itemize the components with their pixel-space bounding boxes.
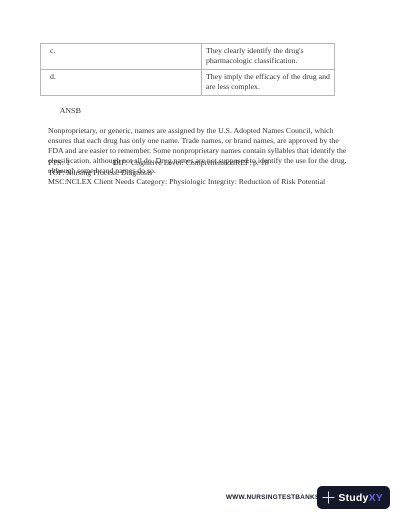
top-label: TOP:	[48, 168, 66, 178]
answer-line: ANS:B	[48, 96, 388, 126]
meta-pts-line: PTS:1DIF:Cognitive Level: ComprehensionR…	[48, 158, 388, 168]
ref-value: p. 18	[253, 158, 269, 167]
table-row: d. They imply the efficacy of the drug a…	[41, 70, 335, 96]
dif-label: DIF:	[113, 158, 131, 168]
document-page: c. They clearly identify the drug's phar…	[0, 0, 400, 518]
plus-sparkle-icon	[322, 491, 335, 504]
brand-badge: StudyXY	[317, 486, 390, 509]
question-meta: PTS:1DIF:Cognitive Level: ComprehensionR…	[48, 158, 388, 187]
option-letter-cell: c.	[41, 44, 202, 70]
table-row: c. They clearly identify the drug's phar…	[41, 44, 335, 70]
option-text-cell: They imply the efficacy of the drug and …	[202, 70, 335, 96]
brand-name-primary: Study	[338, 492, 368, 504]
brand-name-accent: XY	[369, 492, 383, 504]
answer-options-table: c. They clearly identify the drug's phar…	[40, 43, 335, 96]
ref-label: REF:	[235, 158, 253, 168]
msc-value: NCLEX Client Needs Category: Physiologic…	[66, 177, 325, 186]
dif-value: Cognitive Level: Comprehension	[131, 158, 235, 168]
option-letter-cell: d.	[41, 70, 202, 96]
meta-msc-line: MSC:NCLEX Client Needs Category: Physiol…	[48, 177, 388, 187]
answer-label: ANS:	[60, 106, 76, 116]
site-url-text: WWW.NURSINGTESTBANKS	[226, 494, 320, 501]
top-value: Nursing Process: Diagnosis	[66, 168, 152, 177]
option-text-cell: They clearly identify the drug's pharmac…	[202, 44, 335, 70]
pts-value: 1	[66, 158, 113, 168]
answer-value: B	[76, 106, 81, 115]
footer-branding: WWW.NURSINGTESTBANKS StudyXY	[226, 486, 390, 509]
meta-top-line: TOP:Nursing Process: Diagnosis	[48, 168, 388, 178]
msc-label: MSC:	[48, 177, 66, 187]
pts-label: PTS:	[48, 158, 66, 168]
